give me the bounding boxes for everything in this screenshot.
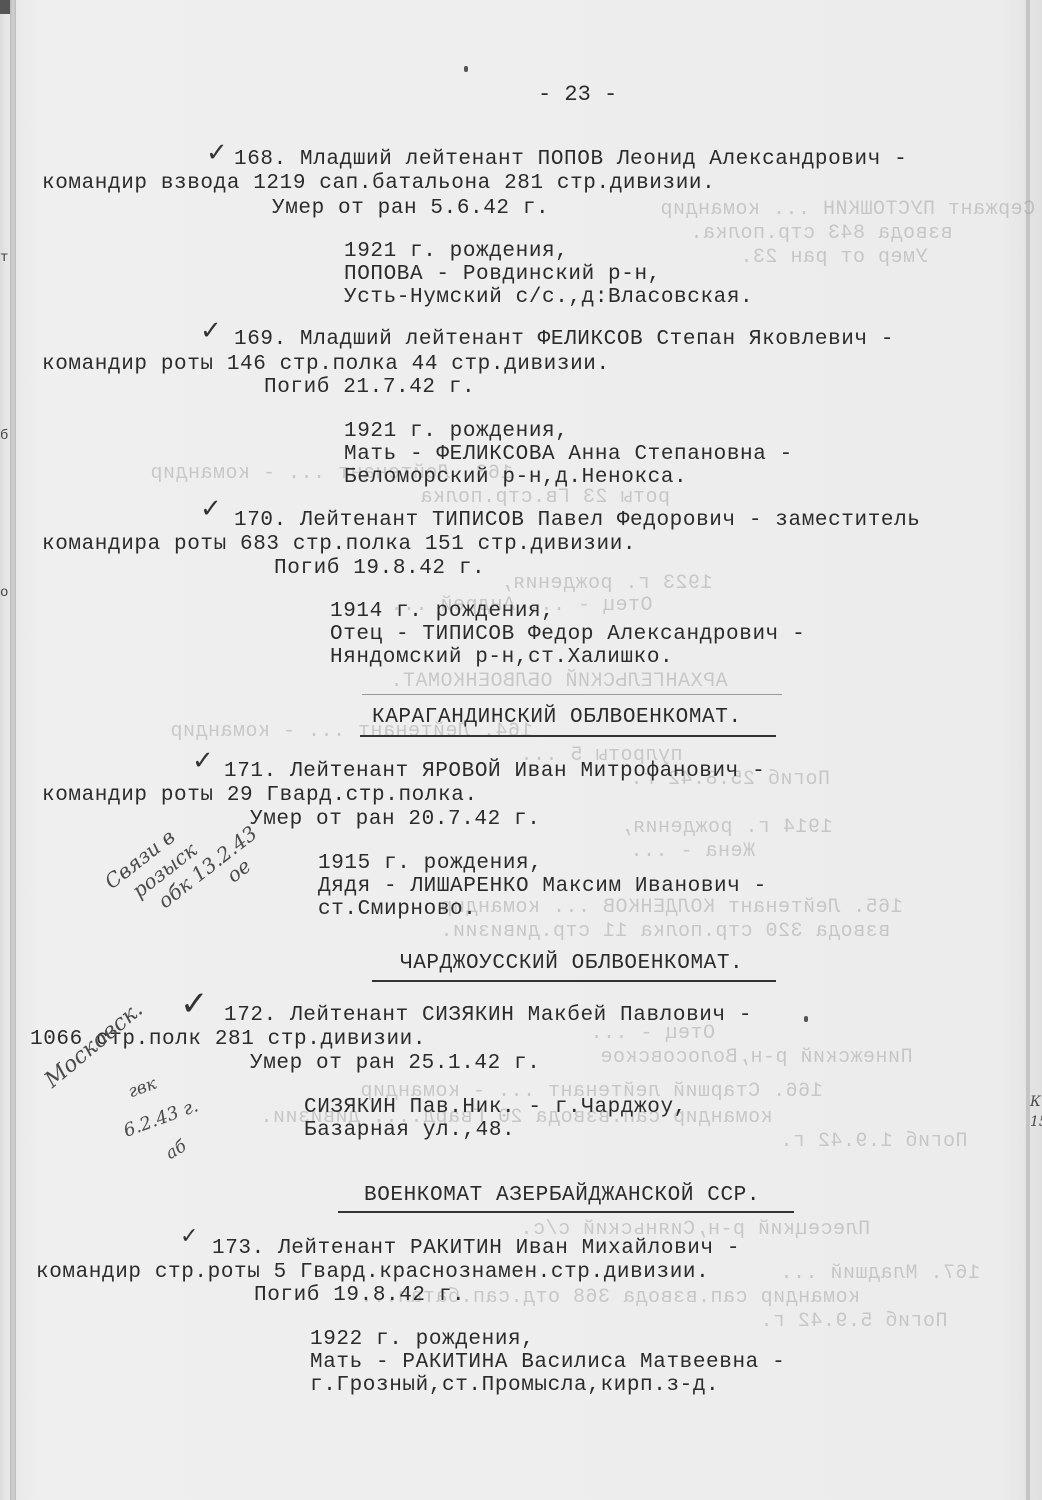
entry-info: ПОПОВА - Ровдинский р-н, (344, 263, 661, 287)
entry-status: Погиб 19.8.42 г. (254, 1284, 465, 1308)
entry-info: 1921 г. рождения, (344, 420, 568, 444)
entry-info: Отец - ТИПИСОВ Федор Александрович - (330, 623, 805, 647)
checkmark-icon: ✓ (206, 138, 228, 168)
ink-speck (804, 1016, 808, 1022)
entry-info: Мать - ФЕЛИКСОВА Анна Степановна - (344, 443, 793, 467)
entry-info: ст.Смирново. (318, 898, 476, 922)
ink-speck (464, 66, 468, 72)
margin-letter: о (0, 585, 8, 601)
heading-underline (360, 735, 776, 737)
page-right-edge (1026, 0, 1030, 1500)
entry-title: 170. Лейтенант ТИПИСОВ Павел Федорович -… (234, 509, 921, 533)
checkmark-icon: ✓ (192, 746, 214, 776)
margin-letter: т (0, 250, 8, 266)
checkmark-icon: ✓ (200, 316, 222, 346)
entry-title: 172. Лейтенант СИЗЯКИН Макбей Павлович - (224, 1004, 752, 1028)
entry-info: 1915 г. рождения, (318, 852, 542, 876)
entry-info: Беломорский р-н,д.Ненокса. (344, 466, 687, 490)
section-heading: ВОЕНКОМАТ АЗЕРБАЙДЖАНСКОЙ ССР. (364, 1184, 760, 1207)
entry-info: Няндомский р-н,ст.Халишко. (330, 646, 673, 670)
page-number: - 23 - (538, 82, 617, 107)
entry-info: Мать - РАКИТИНА Василиса Матвеевна - (310, 1351, 785, 1375)
entry-info: 1921 г. рождения, (344, 240, 568, 264)
entry-status: Погиб 19.8.42 г. (274, 557, 485, 581)
entry-info: СИЗЯКИН Пав.Ник. - г.Чарджоу, (304, 1096, 687, 1120)
entry-title: 169. Младший лейтенант ФЕЛИКСОВ Степан Я… (234, 328, 894, 352)
entry-info: Усть-Нумский с/с.,д:Власовская. (344, 286, 753, 310)
margin-letter: б (0, 428, 8, 444)
section-heading: ЧАРДЖОУССКИЙ ОБЛВОЕНКОМАТ. (400, 952, 743, 975)
entry-info: Дядя - ЛИШАРЕНКО Максим Иванович - (318, 875, 767, 899)
entry-info: 1922 г. рождения, (310, 1328, 534, 1352)
entry-title: 173. Лейтенант РАКИТИН Иван Михайлович - (212, 1237, 740, 1261)
scanned-document-page: 162. Сержант ПУСТОШКИН ... командир взво… (0, 0, 1042, 1500)
entry-status: Умер от ран 5.6.42 г. (272, 197, 549, 221)
heading-underline (338, 1211, 794, 1213)
handwritten-note-172: Московск. гвк 6.2.43 г. аб (40, 1048, 270, 1168)
section-heading: КАРАГАНДИНСКИЙ ОБЛВОЕНКОМАТ. (372, 706, 742, 729)
checkmark-icon: ✓ (180, 984, 209, 1024)
entry-unit: командир взвода 1219 сап.батальона 281 с… (42, 172, 715, 196)
entry-unit: командир роты 146 стр.полка 44 стр.дивиз… (42, 353, 610, 377)
faint-rule (362, 694, 782, 695)
entry-title: 168. Младший лейтенант ПОПОВ Леонид Алек… (234, 148, 907, 172)
entry-title: 171. Лейтенант ЯРОВОЙ Иван Митрофанович … (224, 760, 765, 784)
entry-info: 1914 г. рождения, (330, 600, 554, 624)
entry-info: г.Грозный,ст.Промысла,кирп.з-д. (310, 1374, 719, 1398)
checkmark-icon: ✓ (200, 494, 222, 524)
entry-status: Погиб 21.7.42 г. (264, 376, 475, 400)
entry-info: Базарная ул.,48. (304, 1119, 515, 1143)
page-left-edge (10, 0, 16, 1500)
checkmark-icon: ✓ (180, 1224, 198, 1249)
entry-status: Умер от ран 25.1.42 г. (250, 1052, 540, 1076)
heading-underline (372, 980, 776, 982)
entry-unit: командир стр.роты 5 Гвард.краснознамен.с… (36, 1261, 709, 1285)
entry-unit: командира роты 683 стр.полка 151 стр.див… (42, 533, 636, 557)
